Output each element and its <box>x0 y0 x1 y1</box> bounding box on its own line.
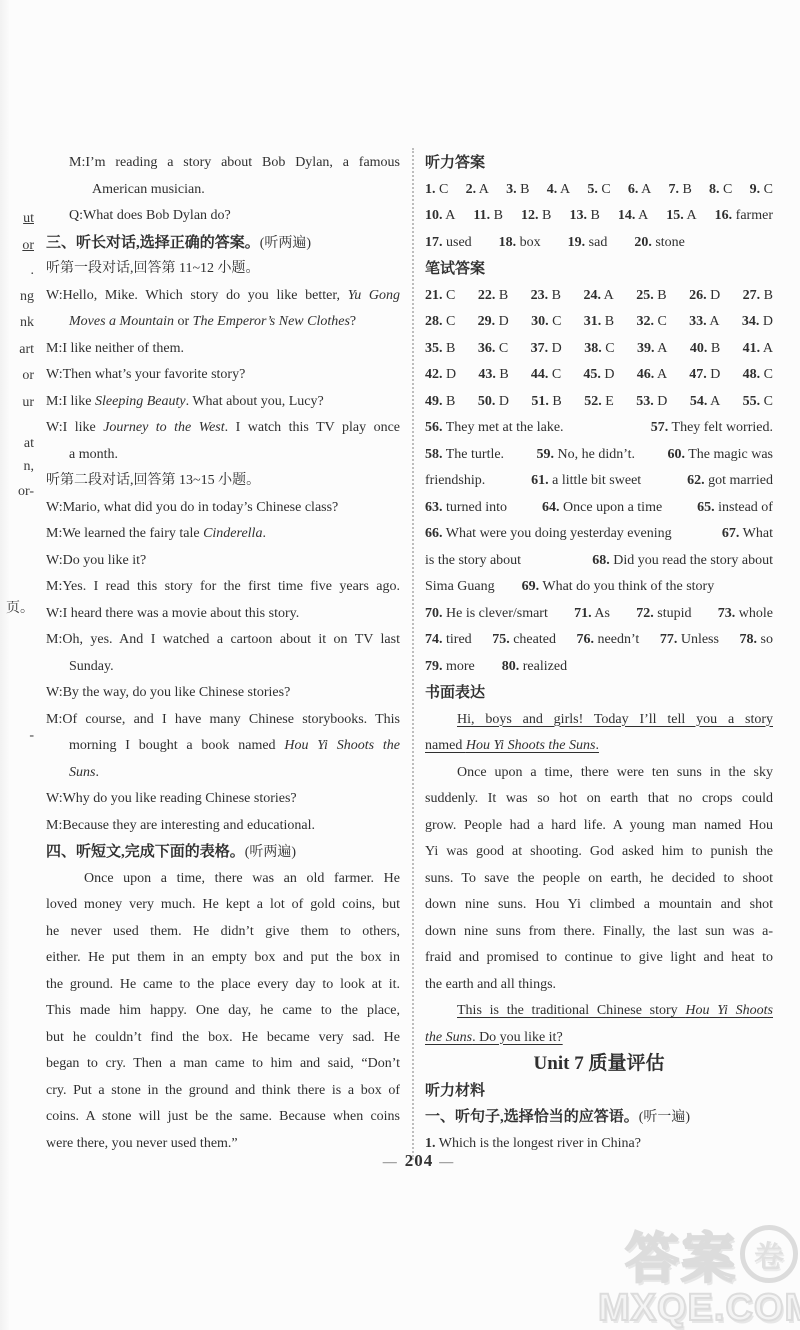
watermark: 答案 卷 MXQE.COM <box>598 1223 798 1330</box>
heading-text: 笔试答案 <box>425 261 485 277</box>
answer-item: 54. A <box>690 389 720 416</box>
answer-item: 2. A <box>466 177 489 204</box>
text: M:We learned the fairy tale <box>46 526 203 541</box>
answer-item: 55. C <box>743 389 773 416</box>
italic-text: Hou Yi Shoots the Suns <box>466 738 596 753</box>
text: M:Because they are interesting and educa… <box>46 818 315 833</box>
edge-fragment: ur <box>0 394 34 412</box>
script-line: 听第二段对话,回答第 13~15 小题。 <box>46 468 400 495</box>
answer-item: is the story about <box>425 548 521 575</box>
text: (听一遍) <box>639 1110 690 1125</box>
script-line: Once upon a time, there was an old farme… <box>46 866 400 893</box>
answer-item: 74. tired <box>425 627 472 654</box>
text: This made him happy. One day, he came to… <box>46 1003 400 1018</box>
answer-item: 66. What were you doing yesterday evenin… <box>425 521 672 548</box>
answer-item: 20. stone <box>634 230 685 257</box>
answer-item: 14. A <box>618 203 648 230</box>
answer-item: 11. B <box>473 203 503 230</box>
text: ? <box>350 314 356 329</box>
answer-item: 10. A <box>425 203 455 230</box>
text: Once upon a time, there were ten suns in… <box>457 765 773 780</box>
answer-item: 36. C <box>478 336 508 363</box>
text: 听第二段对话,回答第 13~15 小题。 <box>46 473 260 488</box>
script-line: loved money very much. He kept a lot of … <box>46 892 400 919</box>
text: Hi, boys and girls! Today I’ll tell you … <box>457 712 773 727</box>
answer-item: 34. D <box>742 309 773 336</box>
essay-line: fraid and promised to continue to give l… <box>425 945 773 972</box>
essay-line: the Suns. Do you like it? <box>425 1025 773 1052</box>
answer-item: 79. more <box>425 654 475 681</box>
answer-item: 70. He is clever/smart <box>425 601 548 628</box>
column-divider <box>412 148 414 1160</box>
answer-item: Sima Guang <box>425 574 495 601</box>
text: W:By the way, do you like Chinese storie… <box>46 685 290 700</box>
edge-fragment: art <box>0 341 34 359</box>
answer-item: 77. Unless <box>660 627 719 654</box>
text: . <box>262 526 266 541</box>
watermark-badge-char: 卷 <box>754 1232 784 1276</box>
section-heading: 听力材料 <box>425 1078 773 1105</box>
script-line: either. He put them in an empty box and … <box>46 945 400 972</box>
script-line: morning I bought a book named Hou Yi Sho… <box>46 733 400 760</box>
script-line: Moves a Mountain or The Emperor’s New Cl… <box>46 309 400 336</box>
answers-column: 听力答案1. C2. A3. B4. A5. C6. A7. B8. C9. C… <box>425 150 773 1157</box>
answer-item: 26. D <box>689 283 720 310</box>
answer-row: 1. C2. A3. B4. A5. C6. A7. B8. C9. C <box>425 177 773 204</box>
script-line: M:We learned the fairy tale Cinderella. <box>46 521 400 548</box>
text: the earth and all things. <box>425 977 556 992</box>
edge-fragment: - <box>0 727 34 745</box>
text: M:I like <box>46 394 95 409</box>
text: (听两遍) <box>245 845 296 860</box>
answer-item: 42. D <box>425 362 456 389</box>
answer-item: 67. What <box>722 521 773 548</box>
answer-item: 17. used <box>425 230 472 257</box>
italic-text: Sleeping Beauty <box>95 394 186 409</box>
answer-item: 52. E <box>584 389 614 416</box>
script-line: coins. A stone will just be the same. Be… <box>46 1104 400 1131</box>
answer-item: 4. A <box>547 177 570 204</box>
answer-item: 40. B <box>690 336 720 363</box>
footer-dash-left: — <box>383 1155 399 1170</box>
essay-line: the earth and all things. <box>425 972 773 999</box>
answer-row: friendship.61. a little bit sweet62. got… <box>425 468 773 495</box>
italic-text: Moves a Mountain <box>69 314 174 329</box>
answer-item: 18. box <box>499 230 541 257</box>
section-heading: 书面表达 <box>425 680 773 707</box>
text: W:Hello, Mike. Which story do you like b… <box>46 288 348 303</box>
text: W:Do you like it? <box>46 553 146 568</box>
answer-item: 5. C <box>587 177 610 204</box>
answer-item: 78. so <box>740 627 773 654</box>
text: M:I’m reading a story about Bob Dylan, a… <box>69 155 400 170</box>
script-line: M:Of course, and I have many Chinese sto… <box>46 707 400 734</box>
essay-line: down nine suns. Hou Yi climbed a mountai… <box>425 892 773 919</box>
script-line: W:Mario, what did you do in today’s Chin… <box>46 495 400 522</box>
script-line: M:I like Sleeping Beauty. What about you… <box>46 389 400 416</box>
answer-row: 56. They met at the lake.57. They felt w… <box>425 415 773 442</box>
heading-text: 听力答案 <box>425 155 485 171</box>
text: but he couldn’t find the box. He became … <box>46 1030 400 1045</box>
text: . Do you like it? <box>472 1030 563 1045</box>
answer-item: 65. instead of <box>697 495 773 522</box>
essay-line: Once upon a time, there were ten suns in… <box>425 760 773 787</box>
script-line: W:I like Journey to the West. I watch th… <box>46 415 400 442</box>
text: W:Mario, what did you do in today’s Chin… <box>46 500 338 515</box>
text: were there, you never used them.” <box>46 1136 238 1151</box>
answer-row: 42. D43. B44. C45. D46. A47. D48. C <box>425 362 773 389</box>
essay-line: suddenly. It was so hot on earth that no… <box>425 786 773 813</box>
italic-text: Yu Gong <box>348 288 400 303</box>
script-line: but he couldn’t find the box. He became … <box>46 1025 400 1052</box>
script-line: he never used them. He didn’t give them … <box>46 919 400 946</box>
edge-fragment: 页。 <box>0 600 34 618</box>
footer-page-number: 204 <box>399 1151 440 1170</box>
edge-fragment: n, <box>0 458 34 476</box>
text: cry. Put a stone in the ground and think… <box>46 1083 400 1098</box>
text: . <box>595 738 599 753</box>
text: a month. <box>69 447 118 462</box>
answer-item: 69. What do you think of the story <box>522 574 715 601</box>
script-line: W:Do you like it? <box>46 548 400 575</box>
script-line: 听第一段对话,回答第 11~12 小题。 <box>46 256 400 283</box>
answer-item: 60. The magic was <box>667 442 773 469</box>
answer-item: 49. B <box>425 389 455 416</box>
edge-fragment: at <box>0 435 34 453</box>
answer-item: 57. They felt worried. <box>651 415 773 442</box>
answer-row: 17. used18. box19. sad20. stone <box>425 230 773 257</box>
italic-text: Suns <box>69 765 95 780</box>
answer-item: 21. C <box>425 283 455 310</box>
answer-item: 59. No, he didn’t. <box>537 442 636 469</box>
text: or <box>174 314 193 329</box>
text: began to cry. Then a man came to him and… <box>46 1056 400 1071</box>
answer-item: 37. D <box>531 336 562 363</box>
script-line: W:Hello, Mike. Which story do you like b… <box>46 283 400 310</box>
answer-item: 41. A <box>743 336 773 363</box>
answer-item: 56. They met at the lake. <box>425 415 564 442</box>
answer-item: 45. D <box>583 362 614 389</box>
answer-row: 28. C29. D30. C31. B32. C33. A34. D <box>425 309 773 336</box>
essay-line: suns. To save the people on earth, he de… <box>425 866 773 893</box>
watermark-logo: 答案 卷 <box>598 1223 798 1285</box>
script-line: M:I like neither of them. <box>46 336 400 363</box>
script-line: began to cry. Then a man came to him and… <box>46 1051 400 1078</box>
text: W:Then what’s your favorite story? <box>46 367 245 382</box>
edge-fragment: nk <box>0 314 34 332</box>
text: Sunday. <box>69 659 114 674</box>
answer-item: 61. a little bit sweet <box>531 468 641 495</box>
section-heading: 一、听句子,选择恰当的应答语。(听一遍) <box>425 1104 773 1131</box>
text: he never used them. He didn’t give them … <box>46 924 400 939</box>
text: loved money very much. He kept a lot of … <box>46 897 400 912</box>
watermark-site-text: MXQE.COM <box>598 1287 798 1330</box>
text: . I watch this TV play once <box>225 420 400 435</box>
answer-item: 9. C <box>750 177 773 204</box>
answer-item: 68. Did you read the story about <box>592 548 773 575</box>
answer-item: 44. C <box>531 362 561 389</box>
edge-fragment: . <box>0 262 34 280</box>
text: coins. A stone will just be the same. Be… <box>46 1109 400 1124</box>
text: suddenly. It was so hot on earth that no… <box>425 791 773 806</box>
edge-fragment: or <box>0 237 34 255</box>
answer-item: 16. farmer <box>715 203 773 230</box>
answer-item: 53. D <box>636 389 667 416</box>
text: This is the traditional Chinese story <box>457 1003 685 1018</box>
script-line: M:Yes. I read this story for the first t… <box>46 574 400 601</box>
answer-item: 72. stupid <box>636 601 691 628</box>
edge-fragment: ng <box>0 288 34 306</box>
edge-fragment: or <box>0 367 34 385</box>
text: M:Oh, yes. And I watched a cartoon about… <box>46 632 400 647</box>
answer-row: 10. A11. B12. B13. B14. A15. A16. farmer <box>425 203 773 230</box>
script-line: W:Why do you like reading Chinese storie… <box>46 786 400 813</box>
answer-row: 79. more80. realized <box>425 654 773 681</box>
answer-row: 35. B36. C37. D38. C39. A40. B41. A <box>425 336 773 363</box>
page-footer: —204— <box>334 1151 504 1171</box>
text: M:I like neither of them. <box>46 341 184 356</box>
answer-item: 1. C <box>425 177 448 204</box>
answer-item: 50. D <box>478 389 509 416</box>
script-line: Suns. <box>46 760 400 787</box>
answer-item: 25. B <box>636 283 666 310</box>
text: . What about you, Lucy? <box>186 394 324 409</box>
text: grow. People had a hard life. A young ma… <box>425 818 773 833</box>
answer-row: is the story about68. Did you read the s… <box>425 548 773 575</box>
script-line: Q:What does Bob Dylan do? <box>46 203 400 230</box>
italic-text: the Suns <box>425 1030 472 1045</box>
bold-text: 一、听句子,选择恰当的应答语。 <box>425 1109 639 1125</box>
answer-item: 28. C <box>425 309 455 336</box>
footer-dash-right: — <box>439 1155 455 1170</box>
text: the ground. He came to the place every d… <box>46 977 400 992</box>
essay-line: Hi, boys and girls! Today I’ll tell you … <box>425 707 773 734</box>
answer-item: 32. C <box>636 309 666 336</box>
answer-item: 8. C <box>709 177 732 204</box>
script-line: American musician. <box>46 177 400 204</box>
edge-fragment: ut <box>0 210 34 228</box>
text: named <box>425 738 466 753</box>
watermark-brand-text: 答案 <box>625 1216 737 1293</box>
text: Yi was good at shooting. God asked him t… <box>425 844 773 859</box>
answer-item: friendship. <box>425 468 485 495</box>
answer-item: 29. D <box>478 309 509 336</box>
answer-item: 62. got married <box>687 468 773 495</box>
answer-item: 63. turned into <box>425 495 507 522</box>
text: fraid and promised to continue to give l… <box>425 950 773 965</box>
italic-text: Hou Yi Shoots <box>685 1003 773 1018</box>
answer-item: 38. C <box>584 336 614 363</box>
answer-item: 80. realized <box>502 654 567 681</box>
answer-item: 48. C <box>743 362 773 389</box>
heading-text: 听力材料 <box>425 1083 485 1099</box>
script-line: a month. <box>46 442 400 469</box>
answer-item: 3. B <box>506 177 529 204</box>
answer-item: 23. B <box>531 283 561 310</box>
script-line: the ground. He came to the place every d… <box>46 972 400 999</box>
text: 听第一段对话,回答第 11~12 小题。 <box>46 261 260 276</box>
answer-row: 21. C22. B23. B24. A25. B26. D27. B <box>425 283 773 310</box>
answer-item: 6. A <box>628 177 651 204</box>
answer-item: 58. The turtle. <box>425 442 504 469</box>
answer-item: 64. Once upon a time <box>542 495 662 522</box>
heading-text: 书面表达 <box>425 685 485 701</box>
text: Q:What does Bob Dylan do? <box>69 208 231 223</box>
text: either. He put them in an empty box and … <box>46 950 400 965</box>
section-heading: 笔试答案 <box>425 256 773 283</box>
text: suns. To save the people on earth, he de… <box>425 871 773 886</box>
script-line: W:By the way, do you like Chinese storie… <box>46 680 400 707</box>
answer-item: 73. whole <box>718 601 773 628</box>
answer-row: 70. He is clever/smart71. As72. stupid73… <box>425 601 773 628</box>
text: M:Yes. I read this story for the first t… <box>46 579 400 594</box>
text: M:Of course, and I have many Chinese sto… <box>46 712 400 727</box>
answer-item: 71. As <box>574 601 610 628</box>
answer-item: 15. A <box>666 203 696 230</box>
answer-item: 47. D <box>689 362 720 389</box>
essay-line: This is the traditional Chinese story Ho… <box>425 998 773 1025</box>
answer-row: Sima Guang69. What do you think of the s… <box>425 574 773 601</box>
answer-item: 76. needn’t <box>577 627 640 654</box>
scanned-page: utor.ngnkartoruratn,or-页。- M:I’m reading… <box>0 0 800 1330</box>
italic-text: The Emperor’s New Clothes <box>193 314 350 329</box>
answer-row: 66. What were you doing yesterday evenin… <box>425 521 773 548</box>
text: W:I like <box>46 420 103 435</box>
answer-item: 35. B <box>425 336 455 363</box>
answer-item: 51. B <box>531 389 561 416</box>
answer-item: 12. B <box>521 203 551 230</box>
italic-text: Cinderella <box>203 526 262 541</box>
answer-item: 75. cheated <box>492 627 556 654</box>
script-line: Sunday. <box>46 654 400 681</box>
text: American musician. <box>92 182 205 197</box>
script-line: 三、听长对话,选择正确的答案。(听两遍) <box>46 230 400 257</box>
answer-item: 19. sad <box>568 230 608 257</box>
text: morning I bought a book named <box>69 738 284 753</box>
answer-item: 31. B <box>584 309 614 336</box>
text: (听两遍) <box>260 236 311 251</box>
italic-text: Hou Yi Shoots the <box>284 738 400 753</box>
answer-item: 13. B <box>569 203 599 230</box>
listening-script-column: M:I’m reading a story about Bob Dylan, a… <box>46 150 400 1157</box>
script-line: cry. Put a stone in the ground and think… <box>46 1078 400 1105</box>
essay-line: grow. People had a hard life. A young ma… <box>425 813 773 840</box>
answer-item: 7. B <box>668 177 691 204</box>
essay-line: Yi was good at shooting. God asked him t… <box>425 839 773 866</box>
text: . <box>95 765 99 780</box>
answer-row: 58. The turtle.59. No, he didn’t.60. The… <box>425 442 773 469</box>
answer-item: 27. B <box>743 283 773 310</box>
answer-item: 30. C <box>531 309 561 336</box>
watermark-badge-icon: 卷 <box>740 1225 798 1283</box>
unit-title: Unit 7 质量评估 <box>425 1051 773 1078</box>
italic-text: Journey to the West <box>103 420 224 435</box>
script-line: M:Because they are interesting and educa… <box>46 813 400 840</box>
script-line: 四、听短文,完成下面的表格。(听两遍) <box>46 839 400 866</box>
script-line: W:I heard there was a movie about this s… <box>46 601 400 628</box>
answer-row: 49. B50. D51. B52. E53. D54. A55. C <box>425 389 773 416</box>
essay-line: named Hou Yi Shoots the Suns. <box>425 733 773 760</box>
script-line: W:Then what’s your favorite story? <box>46 362 400 389</box>
text: down nine suns. Hou Yi climbed a mountai… <box>425 897 773 912</box>
answer-item: 39. A <box>637 336 667 363</box>
edge-fragment: or- <box>0 483 34 501</box>
answer-item: 43. B <box>478 362 508 389</box>
answer-row: 63. turned into64. Once upon a time65. i… <box>425 495 773 522</box>
answer-item: 33. A <box>689 309 719 336</box>
answer-item: 22. B <box>478 283 508 310</box>
answer-row: 74. tired75. cheated76. needn’t77. Unles… <box>425 627 773 654</box>
script-line: M:I’m reading a story about Bob Dylan, a… <box>46 150 400 177</box>
bold-text: 四、听短文,完成下面的表格。 <box>46 844 245 860</box>
text: W:I heard there was a movie about this s… <box>46 606 299 621</box>
script-line: M:Oh, yes. And I watched a cartoon about… <box>46 627 400 654</box>
bold-text: 三、听长对话,选择正确的答案。 <box>46 235 260 251</box>
answer-item: 24. A <box>583 283 613 310</box>
text: down nine suns from there. Finally, the … <box>425 924 773 939</box>
text: Once upon a time, there was an old farme… <box>84 871 400 886</box>
section-heading: 听力答案 <box>425 150 773 177</box>
text: W:Why do you like reading Chinese storie… <box>46 791 297 806</box>
essay-line: down nine suns from there. Finally, the … <box>425 919 773 946</box>
script-line: This made him happy. One day, he came to… <box>46 998 400 1025</box>
answer-item: 46. A <box>637 362 667 389</box>
